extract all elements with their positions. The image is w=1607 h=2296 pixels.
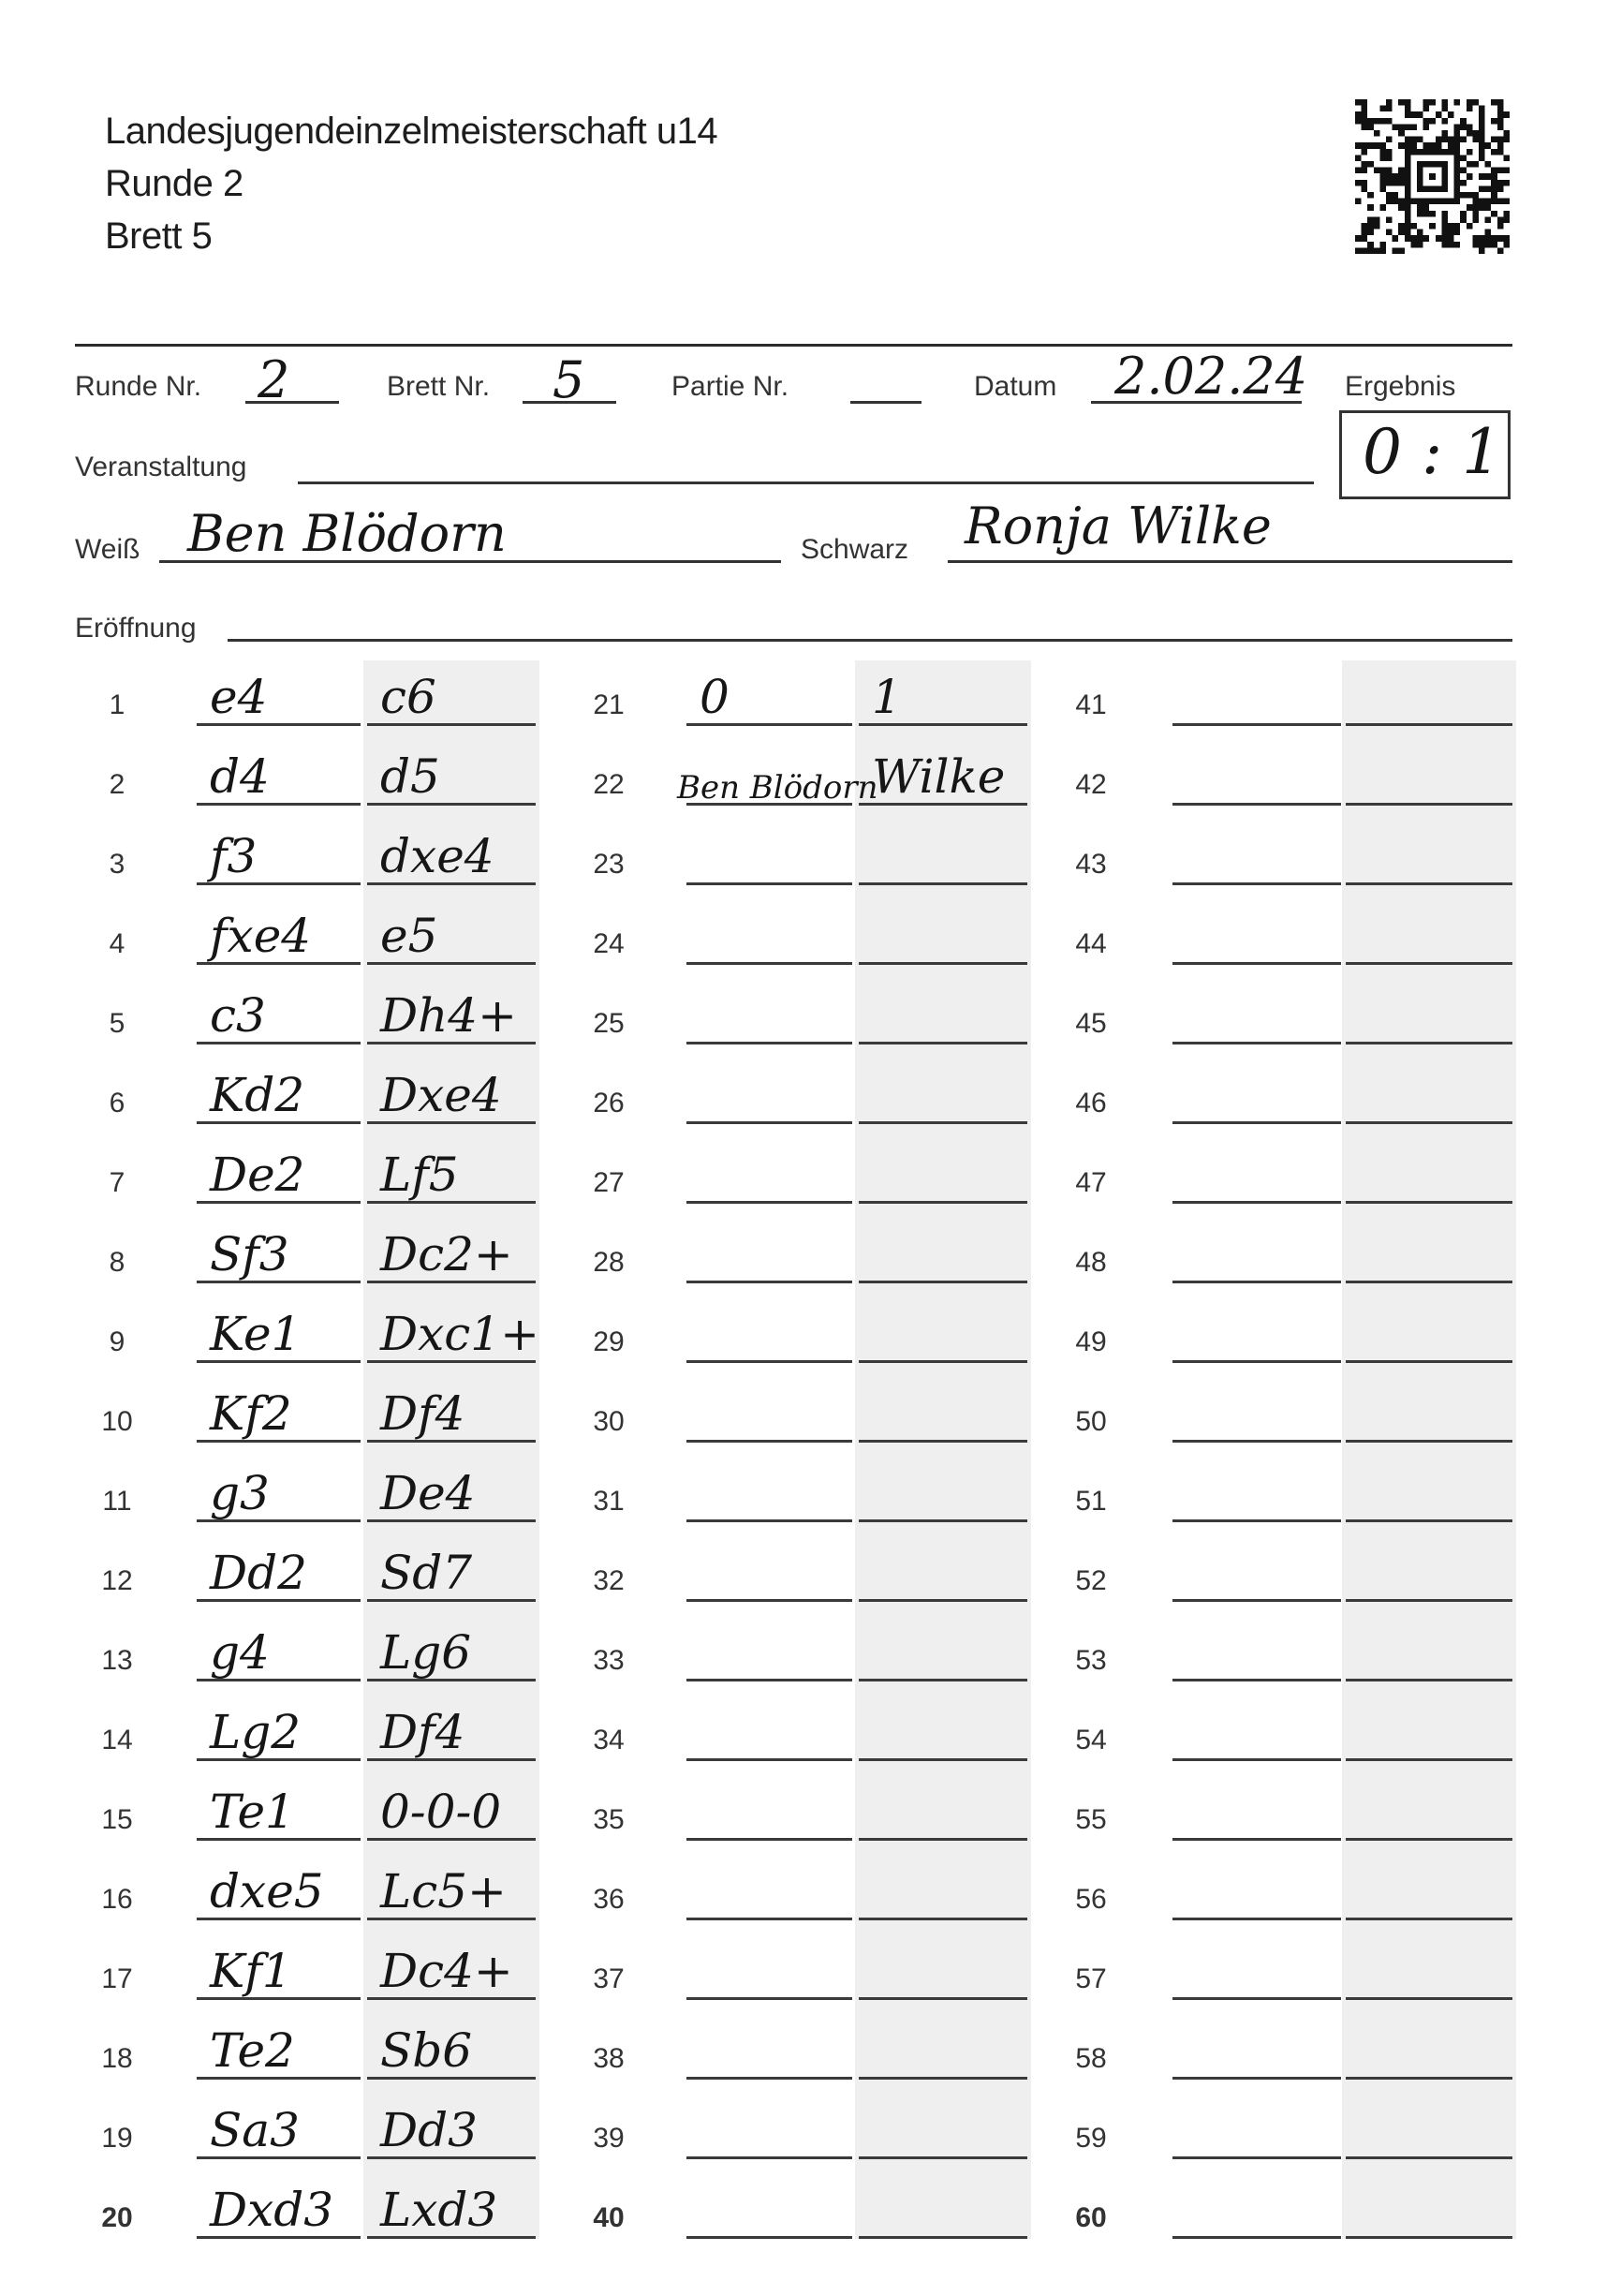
move-number: 60 [1058, 2202, 1124, 2234]
white-move-field[interactable] [686, 882, 852, 885]
move-number: 58 [1058, 2043, 1124, 2075]
move-number: 13 [84, 1645, 150, 1677]
white-move-field[interactable] [686, 962, 852, 965]
black-move-field[interactable] [859, 1599, 1027, 1602]
white-move-field[interactable] [686, 1281, 852, 1283]
white-move: Ben Blödorn [677, 762, 878, 814]
white-move-field[interactable] [1172, 1918, 1341, 1920]
white-move-field[interactable] [1172, 1758, 1341, 1761]
white-move-field[interactable] [686, 1360, 852, 1363]
black-move: c6 [380, 671, 436, 723]
black-move-field[interactable] [1346, 1918, 1512, 1920]
white-move-field[interactable] [1172, 1281, 1341, 1283]
black-move-field[interactable] [859, 882, 1027, 885]
move-number: 19 [84, 2123, 150, 2155]
black-move-field[interactable] [1346, 1201, 1512, 1204]
white-move: g4 [210, 1626, 270, 1679]
white-move: De2 [210, 1148, 305, 1201]
move-number: 1 [84, 689, 150, 721]
move-number: 48 [1058, 1247, 1124, 1279]
white-move: 0 [700, 671, 730, 723]
white-move: Kf1 [210, 1945, 292, 1997]
black-move: Lxd3 [380, 2184, 497, 2236]
white-move: Lg2 [210, 1706, 301, 1758]
move-number: 56 [1058, 1884, 1124, 1916]
black-column-shade [1342, 660, 1516, 2239]
white-move-field[interactable] [686, 1918, 852, 1920]
white-move-field[interactable] [1172, 1042, 1341, 1044]
move-number: 55 [1058, 1804, 1124, 1836]
black-move-field[interactable] [1346, 2156, 1512, 2159]
white-move-field[interactable] [686, 1997, 852, 2000]
black-move-field[interactable] [1346, 1440, 1512, 1443]
black-move-field[interactable] [1346, 1838, 1512, 1841]
white-move: Sf3 [210, 1228, 289, 1281]
move-number: 15 [84, 1804, 150, 1836]
move-number: 20 [84, 2202, 150, 2234]
black-move-field[interactable] [859, 1281, 1027, 1283]
move-number: 38 [576, 2043, 641, 2075]
move-table: 1e4c62d4d53f3dxe44fxe4e55c3Dh4+6Kd2Dxe47… [0, 0, 1607, 2296]
black-move: Dxe4 [380, 1069, 502, 1121]
move-number: 33 [576, 1645, 641, 1677]
move-number: 35 [576, 1804, 641, 1836]
move-number: 44 [1058, 928, 1124, 960]
white-move-field[interactable] [686, 1758, 852, 1761]
black-move-field[interactable] [1346, 1281, 1512, 1283]
white-move: c3 [210, 989, 266, 1042]
move-number: 42 [1058, 769, 1124, 801]
white-move: Dxd3 [210, 2184, 333, 2236]
white-move-field[interactable] [686, 1121, 852, 1124]
move-number: 2 [84, 769, 150, 801]
black-move-field[interactable] [859, 2077, 1027, 2080]
move-number: 24 [576, 928, 641, 960]
white-move-field[interactable] [686, 2077, 852, 2080]
move-number: 12 [84, 1565, 150, 1597]
move-number: 30 [576, 1406, 641, 1438]
move-number: 3 [84, 849, 150, 881]
white-move: dxe5 [210, 1865, 324, 1918]
move-number: 36 [576, 1884, 641, 1916]
move-number: 49 [1058, 1326, 1124, 1358]
white-move-field[interactable] [1172, 1440, 1341, 1443]
white-move: Te2 [210, 2024, 295, 2077]
move-number: 25 [576, 1008, 641, 1040]
move-number: 22 [576, 769, 641, 801]
white-move: fxe4 [210, 910, 311, 962]
move-number: 53 [1058, 1645, 1124, 1677]
white-move-field[interactable] [1172, 1201, 1341, 1204]
move-number: 21 [576, 689, 641, 721]
black-move-field[interactable] [859, 1679, 1027, 1681]
black-move: 1 [872, 671, 902, 723]
white-move: e4 [210, 671, 267, 723]
black-move-field[interactable] [1346, 1997, 1512, 2000]
move-number: 23 [576, 849, 641, 881]
white-move: d4 [210, 750, 270, 803]
white-move-field[interactable] [1172, 1679, 1341, 1681]
black-move: Wilke [872, 750, 1005, 803]
move-number: 47 [1058, 1167, 1124, 1199]
black-move-field[interactable] [859, 1201, 1027, 1204]
move-number: 26 [576, 1088, 641, 1119]
white-move-field[interactable] [686, 2236, 852, 2239]
move-number: 6 [84, 1088, 150, 1119]
black-move-field[interactable] [859, 1440, 1027, 1443]
black-move: Df4 [380, 1387, 464, 1440]
move-number: 11 [84, 1486, 150, 1518]
black-move-field[interactable] [1346, 1679, 1512, 1681]
white-move-field[interactable] [686, 1519, 852, 1522]
white-move-field[interactable] [1172, 2156, 1341, 2159]
black-move-field[interactable] [1346, 1360, 1512, 1363]
move-number: 16 [84, 1884, 150, 1916]
move-number: 41 [1058, 689, 1124, 721]
black-move: Dd3 [380, 2104, 478, 2156]
black-move-field[interactable] [859, 1918, 1027, 1920]
white-move: Te1 [210, 1785, 295, 1838]
black-move: Dxc1+ [380, 1308, 539, 1360]
white-move-field[interactable] [1172, 1997, 1341, 2000]
move-number: 5 [84, 1008, 150, 1040]
move-number: 43 [1058, 849, 1124, 881]
white-move-field[interactable] [1172, 1519, 1341, 1522]
white-move-field[interactable] [1172, 2077, 1341, 2080]
black-move-field[interactable] [1346, 723, 1512, 726]
black-move-field[interactable] [859, 1519, 1027, 1522]
white-move: Kf2 [210, 1387, 292, 1440]
move-number: 40 [576, 2202, 641, 2234]
move-number: 52 [1058, 1565, 1124, 1597]
black-move-field[interactable] [859, 1838, 1027, 1841]
white-move: Kd2 [210, 1069, 304, 1121]
black-move-field[interactable] [1346, 1599, 1512, 1602]
black-move: e5 [380, 910, 437, 962]
move-number: 51 [1058, 1486, 1124, 1518]
white-move-field[interactable] [1172, 1838, 1341, 1841]
white-move: g3 [210, 1467, 270, 1519]
white-move-field[interactable] [686, 1201, 852, 1204]
black-column-shade [363, 660, 539, 2239]
move-number: 9 [84, 1326, 150, 1358]
black-move-field[interactable] [1346, 962, 1512, 965]
black-move-field[interactable] [1346, 1121, 1512, 1124]
black-move: Lc5+ [380, 1865, 507, 1918]
move-number: 54 [1058, 1725, 1124, 1756]
white-move-field[interactable] [1172, 723, 1341, 726]
move-number: 17 [84, 1963, 150, 1995]
black-move: Sb6 [380, 2024, 472, 2077]
black-move-field[interactable] [1346, 1042, 1512, 1044]
move-number: 31 [576, 1486, 641, 1518]
white-move-field[interactable] [686, 1679, 852, 1681]
move-number: 37 [576, 1963, 641, 1995]
black-move: Lf5 [380, 1148, 459, 1201]
move-number: 46 [1058, 1088, 1124, 1119]
move-number: 29 [576, 1326, 641, 1358]
black-move-field[interactable] [859, 2236, 1027, 2239]
white-move: Dd2 [210, 1547, 307, 1599]
white-move: Sa3 [210, 2104, 300, 2156]
black-move: Df4 [380, 1706, 464, 1758]
white-move-field[interactable] [686, 1838, 852, 1841]
black-move: d5 [380, 750, 440, 803]
black-move: Dc4+ [380, 1945, 513, 1997]
black-move-field[interactable] [859, 1360, 1027, 1363]
move-number: 32 [576, 1565, 641, 1597]
black-move-field[interactable] [1346, 2236, 1512, 2239]
move-number: 57 [1058, 1963, 1124, 1995]
black-move: dxe4 [380, 830, 494, 882]
black-move-field[interactable] [1346, 803, 1512, 806]
black-move: 0-0-0 [380, 1785, 501, 1838]
black-move: De4 [380, 1467, 476, 1519]
black-move: Dc2+ [380, 1228, 513, 1281]
white-move-field[interactable] [1172, 1360, 1341, 1363]
move-number: 28 [576, 1247, 641, 1279]
move-number: 34 [576, 1725, 641, 1756]
move-number: 39 [576, 2123, 641, 2155]
black-move-field[interactable] [859, 2156, 1027, 2159]
white-move-field[interactable] [1172, 1121, 1341, 1124]
move-number: 27 [576, 1167, 641, 1199]
black-move: Sd7 [380, 1547, 472, 1599]
move-number: 50 [1058, 1406, 1124, 1438]
white-move-field[interactable] [1172, 1599, 1341, 1602]
black-move-field[interactable] [859, 1758, 1027, 1761]
move-number: 7 [84, 1167, 150, 1199]
move-number: 59 [1058, 2123, 1124, 2155]
white-move: Ke1 [210, 1308, 301, 1360]
white-move: f3 [210, 830, 257, 882]
black-move-field[interactable] [859, 1042, 1027, 1044]
white-move-field[interactable] [1172, 882, 1341, 885]
white-move-field[interactable] [686, 2156, 852, 2159]
black-move: Dh4+ [380, 989, 517, 1042]
white-move-field[interactable] [686, 1042, 852, 1044]
black-move-field[interactable] [859, 1121, 1027, 1124]
black-move: Lg6 [380, 1626, 471, 1679]
white-move-field[interactable] [686, 1599, 852, 1602]
black-move-field[interactable] [1346, 1758, 1512, 1761]
white-move-field[interactable] [1172, 2236, 1341, 2239]
black-move-field[interactable] [1346, 882, 1512, 885]
move-number: 18 [84, 2043, 150, 2075]
white-move-field[interactable] [1172, 803, 1341, 806]
white-move-field[interactable] [1172, 962, 1341, 965]
black-move-field[interactable] [859, 1997, 1027, 2000]
white-move-field[interactable] [686, 1440, 852, 1443]
black-move-field[interactable] [1346, 1519, 1512, 1522]
move-number: 4 [84, 928, 150, 960]
move-number: 10 [84, 1406, 150, 1438]
black-move-field[interactable] [1346, 2077, 1512, 2080]
move-number: 8 [84, 1247, 150, 1279]
move-number: 14 [84, 1725, 150, 1756]
black-move-field[interactable] [859, 962, 1027, 965]
black-column-shade [855, 660, 1031, 2239]
move-number: 45 [1058, 1008, 1124, 1040]
